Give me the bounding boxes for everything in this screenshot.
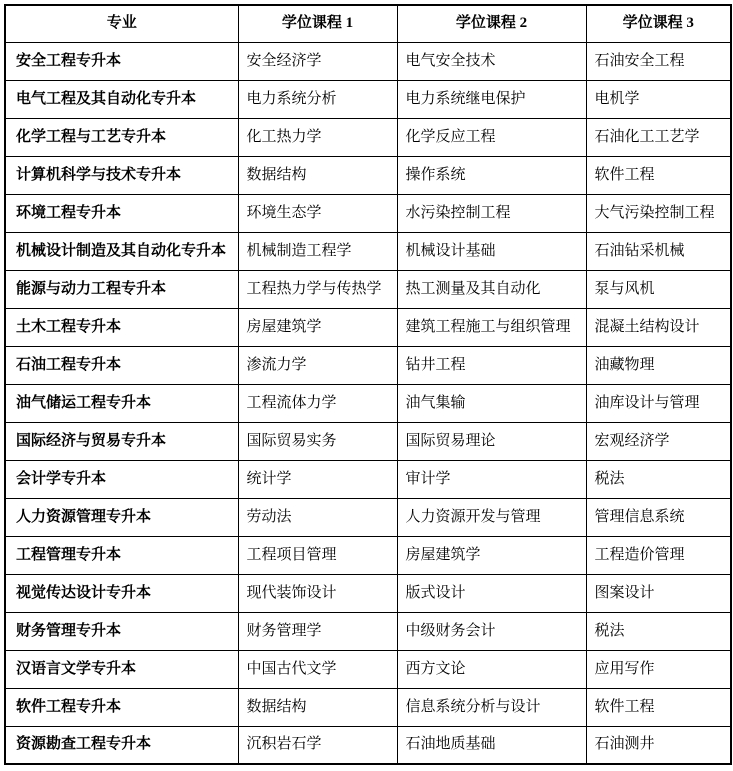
table-row: 化学工程与工艺专升本化工热力学化学反应工程石油化工工艺学 (5, 118, 731, 156)
course-cell: 石油化工工艺学 (586, 118, 731, 156)
page: 专业 学位课程 1 学位课程 2 学位课程 3 安全工程专升本安全经济学电气安全… (0, 0, 733, 771)
course-cell: 电机学 (586, 80, 731, 118)
table-row: 视觉传达设计专升本现代装饰设计版式设计图案设计 (5, 574, 731, 612)
major-cell: 计算机科学与技术专升本 (5, 156, 238, 194)
major-cell: 工程管理专升本 (5, 536, 238, 574)
table-row: 安全工程专升本安全经济学电气安全技术石油安全工程 (5, 42, 731, 80)
course-cell: 热工测量及其自动化 (397, 270, 586, 308)
course-cell: 安全经济学 (238, 42, 397, 80)
major-cell: 油气储运工程专升本 (5, 384, 238, 422)
course-cell: 化工热力学 (238, 118, 397, 156)
course-cell: 油藏物理 (586, 346, 731, 384)
course-cell: 工程项目管理 (238, 536, 397, 574)
table-row: 机械设计制造及其自动化专升本机械制造工程学机械设计基础石油钻采机械 (5, 232, 731, 270)
table-row: 能源与动力工程专升本工程热力学与传热学热工测量及其自动化泵与风机 (5, 270, 731, 308)
column-header-course-2: 学位课程 2 (397, 5, 586, 42)
table-header-row: 专业 学位课程 1 学位课程 2 学位课程 3 (5, 5, 731, 42)
major-cell: 化学工程与工艺专升本 (5, 118, 238, 156)
course-cell: 油气集输 (397, 384, 586, 422)
course-cell: 统计学 (238, 460, 397, 498)
course-cell: 建筑工程施工与组织管理 (397, 308, 586, 346)
course-cell: 石油钻采机械 (586, 232, 731, 270)
table-row: 国际经济与贸易专升本国际贸易实务国际贸易理论宏观经济学 (5, 422, 731, 460)
table-row: 电气工程及其自动化专升本电力系统分析电力系统继电保护电机学 (5, 80, 731, 118)
table-row: 工程管理专升本工程项目管理房屋建筑学工程造价管理 (5, 536, 731, 574)
table-row: 人力资源管理专升本劳动法人力资源开发与管理管理信息系统 (5, 498, 731, 536)
table-body: 安全工程专升本安全经济学电气安全技术石油安全工程电气工程及其自动化专升本电力系统… (5, 42, 731, 764)
course-cell: 泵与风机 (586, 270, 731, 308)
course-cell: 中国古代文学 (238, 650, 397, 688)
table-row: 环境工程专升本环境生态学水污染控制工程大气污染控制工程 (5, 194, 731, 232)
course-cell: 钻井工程 (397, 346, 586, 384)
course-cell: 西方文论 (397, 650, 586, 688)
table-row: 石油工程专升本渗流力学钻井工程油藏物理 (5, 346, 731, 384)
course-cell: 电力系统分析 (238, 80, 397, 118)
major-cell: 人力资源管理专升本 (5, 498, 238, 536)
course-cell: 图案设计 (586, 574, 731, 612)
course-cell: 工程造价管理 (586, 536, 731, 574)
course-cell: 油库设计与管理 (586, 384, 731, 422)
course-cell: 管理信息系统 (586, 498, 731, 536)
major-cell: 视觉传达设计专升本 (5, 574, 238, 612)
table-row: 资源勘查工程专升本沉积岩石学石油地质基础石油测井 (5, 726, 731, 764)
course-cell: 房屋建筑学 (397, 536, 586, 574)
column-header-course-3: 学位课程 3 (586, 5, 731, 42)
course-cell: 应用写作 (586, 650, 731, 688)
course-cell: 石油安全工程 (586, 42, 731, 80)
course-cell: 软件工程 (586, 156, 731, 194)
major-cell: 财务管理专升本 (5, 612, 238, 650)
course-cell: 电力系统继电保护 (397, 80, 586, 118)
course-cell: 环境生态学 (238, 194, 397, 232)
column-header-major: 专业 (5, 5, 238, 42)
degree-course-table: 专业 学位课程 1 学位课程 2 学位课程 3 安全工程专升本安全经济学电气安全… (4, 4, 732, 765)
major-cell: 汉语言文学专升本 (5, 650, 238, 688)
course-cell: 财务管理学 (238, 612, 397, 650)
course-cell: 石油测井 (586, 726, 731, 764)
course-cell: 机械设计基础 (397, 232, 586, 270)
table-row: 财务管理专升本财务管理学中级财务会计税法 (5, 612, 731, 650)
table-row: 会计学专升本统计学审计学税法 (5, 460, 731, 498)
major-cell: 土木工程专升本 (5, 308, 238, 346)
course-cell: 国际贸易实务 (238, 422, 397, 460)
course-cell: 人力资源开发与管理 (397, 498, 586, 536)
course-cell: 中级财务会计 (397, 612, 586, 650)
major-cell: 石油工程专升本 (5, 346, 238, 384)
course-cell: 税法 (586, 612, 731, 650)
course-cell: 工程流体力学 (238, 384, 397, 422)
table-row: 汉语言文学专升本中国古代文学西方文论应用写作 (5, 650, 731, 688)
course-cell: 渗流力学 (238, 346, 397, 384)
course-cell: 宏观经济学 (586, 422, 731, 460)
course-cell: 国际贸易理论 (397, 422, 586, 460)
course-cell: 混凝土结构设计 (586, 308, 731, 346)
major-cell: 软件工程专升本 (5, 688, 238, 726)
major-cell: 电气工程及其自动化专升本 (5, 80, 238, 118)
course-cell: 沉积岩石学 (238, 726, 397, 764)
table-row: 油气储运工程专升本工程流体力学油气集输油库设计与管理 (5, 384, 731, 422)
course-cell: 机械制造工程学 (238, 232, 397, 270)
course-cell: 化学反应工程 (397, 118, 586, 156)
table-row: 土木工程专升本房屋建筑学建筑工程施工与组织管理混凝土结构设计 (5, 308, 731, 346)
major-cell: 环境工程专升本 (5, 194, 238, 232)
course-cell: 大气污染控制工程 (586, 194, 731, 232)
course-cell: 操作系统 (397, 156, 586, 194)
course-cell: 版式设计 (397, 574, 586, 612)
course-cell: 审计学 (397, 460, 586, 498)
major-cell: 安全工程专升本 (5, 42, 238, 80)
course-cell: 软件工程 (586, 688, 731, 726)
major-cell: 能源与动力工程专升本 (5, 270, 238, 308)
major-cell: 国际经济与贸易专升本 (5, 422, 238, 460)
course-cell: 现代装饰设计 (238, 574, 397, 612)
table-row: 软件工程专升本数据结构信息系统分析与设计软件工程 (5, 688, 731, 726)
course-cell: 数据结构 (238, 688, 397, 726)
course-cell: 工程热力学与传热学 (238, 270, 397, 308)
course-cell: 数据结构 (238, 156, 397, 194)
column-header-course-1: 学位课程 1 (238, 5, 397, 42)
course-cell: 信息系统分析与设计 (397, 688, 586, 726)
major-cell: 机械设计制造及其自动化专升本 (5, 232, 238, 270)
course-cell: 税法 (586, 460, 731, 498)
major-cell: 会计学专升本 (5, 460, 238, 498)
course-cell: 石油地质基础 (397, 726, 586, 764)
table-row: 计算机科学与技术专升本数据结构操作系统软件工程 (5, 156, 731, 194)
course-cell: 房屋建筑学 (238, 308, 397, 346)
course-cell: 水污染控制工程 (397, 194, 586, 232)
course-cell: 电气安全技术 (397, 42, 586, 80)
major-cell: 资源勘查工程专升本 (5, 726, 238, 764)
course-cell: 劳动法 (238, 498, 397, 536)
